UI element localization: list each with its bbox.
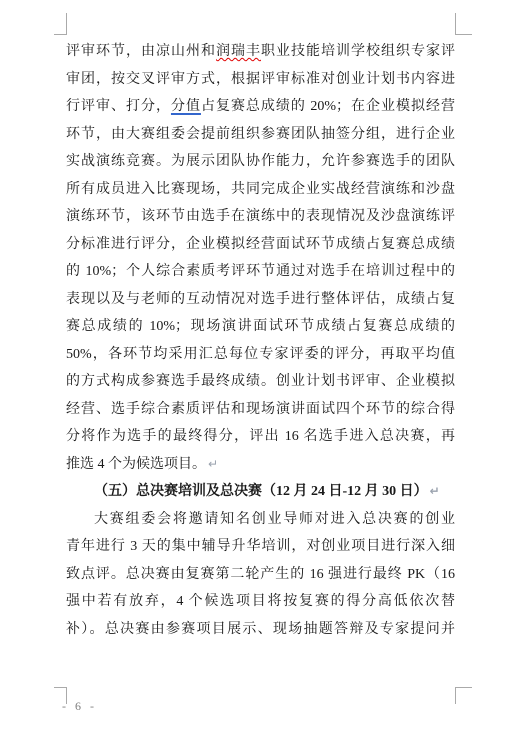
document-body-text: 评审环节，由凉山州和润瑞丰职业技能培训学校组织专家评审团，按交叉评审方式，根据评… — [66, 38, 455, 643]
text-line: 行评审、打分，分值占复赛总成绩的 20%；在企业模拟经营 — [66, 93, 455, 121]
document-page: 评审环节，由凉山州和润瑞丰职业技能培训学校组织专家评审团，按交叉评审方式，根据评… — [0, 0, 521, 740]
text-segment: 补）。总决赛由参赛项目展示、现场抽题答辩及专家提问并 — [66, 622, 455, 637]
text-segment: 经营、选手综合素质评估和现场演讲面试四个环节的综合得 — [66, 402, 455, 417]
text-segment: 环节，由大赛组委会提前组织参赛团队抽签分组，进行企业 — [66, 127, 455, 142]
text-segment: 大赛组委会将邀请知名创业导师对进入总决赛的创业 — [94, 512, 455, 527]
text-line: 赛总成绩的 10%；现场演讲面试环节成绩占复赛总成绩的 — [66, 313, 455, 341]
paragraph-mark-icon: ↵ — [208, 457, 218, 471]
text-line: 实战演练竞赛。为展示团队协作能力，允许参赛选手的团队 — [66, 148, 455, 176]
text-segment: 分将作为选手的最终得分，评出 16 名选手进入总决赛，再 — [66, 429, 455, 444]
grammar-flagged-text: 分值 — [171, 99, 201, 114]
text-segment: 赛总成绩的 10%；现场演讲面试环节成绩占复赛总成绩的 — [66, 319, 455, 334]
text-line: 推选 4 个为候选项目。↵ — [66, 451, 455, 479]
text-line: 50%，各环节均采用汇总每位专家评委的评分，再取平均值 — [66, 341, 455, 369]
text-segment: 青年进行 3 天的集中辅导升华培训，对创业项目进行深入细 — [66, 539, 455, 554]
text-line: 大赛组委会将邀请知名创业导师对进入总决赛的创业 — [66, 506, 455, 534]
text-segment: 职业技能培训学校组织专家评 — [261, 44, 455, 59]
text-line: 经营、选手综合素质评估和现场演讲面试四个环节的综合得 — [66, 396, 455, 424]
text-segment: （五）总决赛培训及总决赛（12 月 24 日-12 月 30 日） — [94, 484, 428, 499]
text-line: 演练环节，该环节由选手在演练中的表现情况及沙盘演练评 — [66, 203, 455, 231]
section-heading: （五）总决赛培训及总决赛（12 月 24 日-12 月 30 日）↵ — [66, 478, 455, 506]
text-segment: 的 10%；个人综合素质考评环节通过对选手在培训过程中的 — [66, 264, 455, 279]
text-line: 表现以及与老师的互动情况对选手进行整体评估，成绩占复 — [66, 286, 455, 314]
text-line: 的 10%；个人综合素质考评环节通过对选手在培训过程中的 — [66, 258, 455, 286]
text-segment: 实战演练竞赛。为展示团队协作能力，允许参赛选手的团队 — [66, 154, 455, 169]
text-segment: 推选 4 个为候选项目。 — [66, 457, 206, 472]
text-line: 强中若有放弃，4 个候选项目将按复赛的得分高低依次替 — [66, 588, 455, 616]
text-line: 所有成员进入比赛现场，共同完成企业实战经营演练和沙盘 — [66, 176, 455, 204]
paragraph-mark-icon: ↵ — [430, 484, 440, 498]
text-segment: 致点评。总决赛由复赛第二轮产生的 16 强进行最终 PK（16 — [66, 567, 455, 582]
text-segment: 分标准进行评分，企业模拟经营面试环节成绩占复赛总成绩 — [66, 237, 455, 252]
misspelled-text: 润瑞丰 — [216, 44, 261, 59]
text-line: 评审环节，由凉山州和润瑞丰职业技能培训学校组织专家评 — [66, 38, 455, 66]
text-line: 分标准进行评分，企业模拟经营面试环节成绩占复赛总成绩 — [66, 231, 455, 259]
text-segment: 强中若有放弃，4 个候选项目将按复赛的得分高低依次替 — [66, 594, 455, 609]
text-segment: 50%，各环节均采用汇总每位专家评委的评分，再取平均值 — [66, 347, 455, 362]
text-segment: 的方式构成参赛选手最终成绩。创业计划书评审、企业模拟 — [66, 374, 455, 389]
text-line: 致点评。总决赛由复赛第二轮产生的 16 强进行最终 PK（16 — [66, 561, 455, 589]
text-line: 分将作为选手的最终得分，评出 16 名选手进入总决赛，再 — [66, 423, 455, 451]
text-line: 青年进行 3 天的集中辅导升华培训，对创业项目进行深入细 — [66, 533, 455, 561]
text-boundary-mark-bottom-right — [455, 687, 472, 704]
text-segment: 演练环节，该环节由选手在演练中的表现情况及沙盘演练评 — [66, 209, 455, 224]
text-line: 的方式构成参赛选手最终成绩。创业计划书评审、企业模拟 — [66, 368, 455, 396]
text-boundary-mark-top-right — [455, 13, 472, 35]
page-number: - 6 - — [62, 699, 97, 714]
text-line: 审团，按交叉评审方式，根据评审标准对创业计划书内容进 — [66, 66, 455, 94]
text-boundary-mark-top-left — [54, 13, 67, 35]
text-segment: 评审环节，由凉山州和 — [66, 44, 216, 59]
text-segment: 表现以及与老师的互动情况对选手进行整体评估，成绩占复 — [66, 292, 455, 307]
text-segment: 行评审、打分， — [66, 99, 171, 114]
text-segment: 审团，按交叉评审方式，根据评审标准对创业计划书内容进 — [66, 72, 455, 87]
text-line: 补）。总决赛由参赛项目展示、现场抽题答辩及专家提问并 — [66, 616, 455, 644]
text-segment: 占复赛总成绩的 20%；在企业模拟经营 — [201, 99, 455, 114]
text-segment: 所有成员进入比赛现场，共同完成企业实战经营演练和沙盘 — [66, 182, 455, 197]
text-line: 环节，由大赛组委会提前组织参赛团队抽签分组，进行企业 — [66, 121, 455, 149]
